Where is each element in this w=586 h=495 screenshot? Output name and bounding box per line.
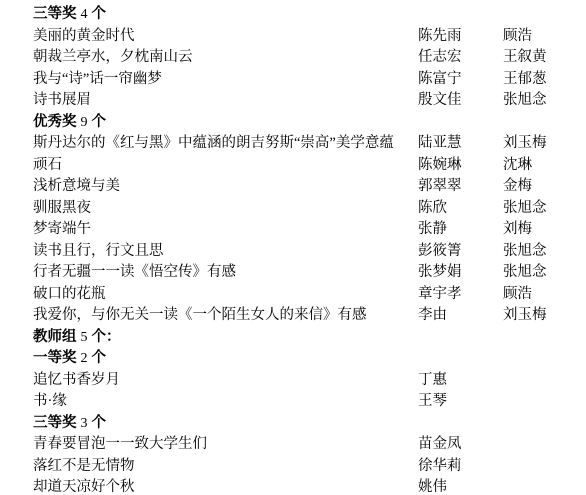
- heading-label: 教师组: [33, 329, 77, 345]
- work-title: 落红不是无情物: [33, 458, 135, 474]
- heading-unit: 个: [92, 6, 107, 22]
- advisor-name: 张旭念: [503, 198, 547, 220]
- author-name: 张梦娟: [418, 262, 462, 284]
- author-name: 任志宏: [418, 47, 462, 69]
- work-title: 我与“诗”话一帘幽梦: [33, 71, 162, 87]
- author-name: 张静: [418, 219, 447, 241]
- heading-unit: 个: [92, 114, 107, 130]
- advisor-name: 顾浩: [503, 284, 532, 306]
- heading-unit: 个: [92, 415, 107, 431]
- section-heading-teacher-group: 教师组5个：: [33, 327, 586, 349]
- author-name: 陈欣: [418, 198, 447, 220]
- work-title: 书·缘: [33, 393, 67, 409]
- award-entry-row: 美丽的黄金时代陈先雨顾浩: [33, 26, 586, 48]
- advisor-name: 沈琳: [503, 155, 532, 177]
- section-heading-first-prize-teachers: 一等奖2个: [33, 348, 586, 370]
- award-entry-row: 我与“诗”话一帘幽梦陈富宁王郁葱: [33, 69, 586, 91]
- advisor-name: 张旭念: [503, 241, 547, 263]
- award-entry-row: 我爱你，与你无关一读《一个陌生女人的来信》有感李由刘玉梅: [33, 305, 586, 327]
- author-name: 徐华莉: [418, 456, 462, 478]
- award-entry-row: 读书且行，行文且思彭筱箐张旭念: [33, 241, 586, 263]
- award-entry-row: 斯丹达尔的《红与黑》中蕴涵的朗吉努斯“崇高”美学意蕴陆亚慧刘玉梅: [33, 133, 586, 155]
- heading-label: 优秀奖: [33, 114, 77, 130]
- author-name: 陆亚慧: [418, 133, 462, 155]
- work-title: 追忆书香岁月: [33, 372, 120, 388]
- author-name: 王琴: [418, 391, 447, 413]
- work-title: 浅析意境与美: [33, 178, 120, 194]
- award-entry-row: 朝裁兰亭水，夕枕南山云任志宏王叙黄: [33, 47, 586, 69]
- heading-count: 3: [81, 416, 88, 431]
- award-entry-row: 顽石陈婉琳沈琳: [33, 155, 586, 177]
- award-list-document: 三等奖4个 美丽的黄金时代陈先雨顾浩 朝裁兰亭水，夕枕南山云任志宏王叙黄 我与“…: [0, 0, 586, 495]
- author-name: 郭翠翠: [418, 176, 462, 198]
- award-entry-row: 追忆书香岁月丁惠: [33, 370, 586, 392]
- award-entry-row: 青春要冒泡一一致大学生们苗金凤: [33, 434, 586, 456]
- heading-count: 2: [81, 351, 88, 366]
- heading-unit: 个: [92, 350, 107, 366]
- author-name: 陈富宁: [418, 69, 462, 91]
- work-title: 斯丹达尔的《红与黑》中蕴涵的朗吉努斯“崇高”美学意蕴: [33, 135, 394, 151]
- work-title: 读书且行，行文且思: [33, 243, 164, 259]
- heading-unit: 个：: [92, 329, 121, 345]
- heading-count: 5: [81, 330, 88, 345]
- author-name: 陈婉琳: [418, 155, 462, 177]
- award-entry-row: 诗书展眉殷文佳张旭念: [33, 90, 586, 112]
- work-title: 我爱你，与你无关一读《一个陌生女人的来信》有感: [33, 307, 367, 323]
- advisor-name: 刘玉梅: [503, 133, 547, 155]
- award-entry-row: 行者无疆一一读《悟空传》有感张梦娟张旭念: [33, 262, 586, 284]
- author-name: 殷文佳: [418, 90, 462, 112]
- award-entry-row: 梦寄端午张静刘梅: [33, 219, 586, 241]
- section-heading-third-prize-teachers: 三等奖3个: [33, 413, 586, 435]
- work-title: 朝裁兰亭水，夕枕南山云: [33, 49, 193, 65]
- heading-count: 9: [81, 115, 88, 130]
- author-name: 苗金凤: [418, 434, 462, 456]
- work-title: 行者无疆一一读《悟空传》有感: [33, 264, 236, 280]
- advisor-name: 顾浩: [503, 26, 532, 48]
- work-title: 美丽的黄金时代: [33, 28, 135, 44]
- section-heading-third-prize-students: 三等奖4个: [33, 4, 586, 26]
- award-entry-row: 却道天凉好个秋姚伟: [33, 477, 586, 495]
- work-title: 梦寄端午: [33, 221, 91, 237]
- advisor-name: 金梅: [503, 176, 532, 198]
- advisor-name: 王郁葱: [503, 69, 547, 91]
- work-title: 破口的花瓶: [33, 286, 106, 302]
- heading-label: 一等奖: [33, 350, 77, 366]
- award-entry-row: 浅析意境与美郭翠翠金梅: [33, 176, 586, 198]
- award-entry-row: 落红不是无情物徐华莉: [33, 456, 586, 478]
- advisor-name: 王叙黄: [503, 47, 547, 69]
- work-title: 诗书展眉: [33, 92, 91, 108]
- heading-count: 4: [81, 7, 88, 22]
- author-name: 章宇孝: [418, 284, 462, 306]
- award-entry-row: 破口的花瓶章宇孝顾浩: [33, 284, 586, 306]
- heading-label: 三等奖: [33, 6, 77, 22]
- author-name: 彭筱箐: [418, 241, 462, 263]
- advisor-name: 刘梅: [503, 219, 532, 241]
- advisor-name: 张旭念: [503, 262, 547, 284]
- advisor-name: 刘玉梅: [503, 305, 547, 327]
- section-heading-excellence-prize: 优秀奖9个: [33, 112, 586, 134]
- advisor-name: 张旭念: [503, 90, 547, 112]
- award-entry-row: 驯服黑夜陈欣张旭念: [33, 198, 586, 220]
- author-name: 姚伟: [418, 477, 447, 495]
- author-name: 陈先雨: [418, 26, 462, 48]
- work-title: 驯服黑夜: [33, 200, 91, 216]
- work-title: 青春要冒泡一一致大学生们: [33, 436, 207, 452]
- author-name: 李由: [418, 305, 447, 327]
- work-title: 顽石: [33, 157, 62, 173]
- work-title: 却道天凉好个秋: [33, 479, 135, 495]
- heading-label: 三等奖: [33, 415, 77, 431]
- author-name: 丁惠: [418, 370, 447, 392]
- award-entry-row: 书·缘王琴: [33, 391, 586, 413]
